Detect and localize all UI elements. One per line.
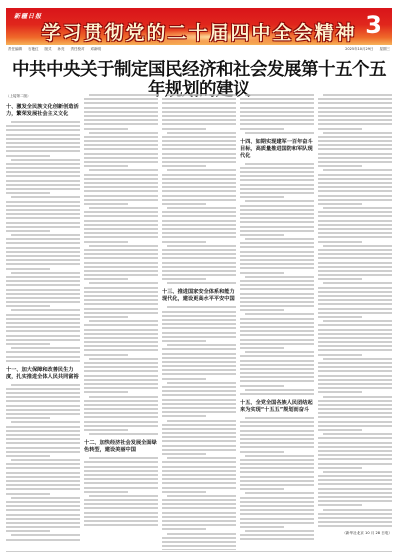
text-line xyxy=(84,461,158,463)
text-line xyxy=(240,451,284,453)
section-heading: 十三、推进国家安全体系和能力现代化，建设更高水平平安中国 xyxy=(162,289,236,303)
text-line xyxy=(240,538,314,540)
text-line xyxy=(240,459,314,461)
text-line xyxy=(318,295,392,297)
text-line xyxy=(240,360,314,362)
text-line xyxy=(162,537,236,539)
text-line xyxy=(240,217,314,219)
text-line xyxy=(240,364,314,366)
text-line xyxy=(84,466,158,468)
text-line xyxy=(318,513,392,515)
text-line xyxy=(6,222,80,224)
text-line xyxy=(6,505,80,507)
text-line xyxy=(240,534,314,536)
text-line xyxy=(318,504,362,506)
body-text xyxy=(162,306,236,550)
text-line xyxy=(240,242,314,244)
text-line xyxy=(167,344,236,346)
text-line xyxy=(318,416,392,418)
text-line xyxy=(84,474,158,476)
text-line xyxy=(318,467,362,469)
text-line xyxy=(84,333,158,335)
text-line xyxy=(318,203,362,205)
text-line xyxy=(84,165,128,167)
text-line xyxy=(84,295,158,297)
body-text xyxy=(318,94,392,527)
text-line xyxy=(6,301,80,303)
text-line xyxy=(240,102,314,104)
text-line xyxy=(84,316,128,318)
text-line xyxy=(162,369,236,371)
text-line xyxy=(84,215,158,217)
text-line xyxy=(318,312,392,314)
text-line xyxy=(240,501,314,503)
text-line xyxy=(240,309,284,311)
text-line xyxy=(6,242,80,244)
text-line xyxy=(245,530,314,532)
text-line xyxy=(240,430,314,432)
layout-name: 孙亮 xyxy=(58,47,65,52)
text-line xyxy=(6,509,80,511)
text-line xyxy=(323,396,392,398)
text-line xyxy=(84,354,128,356)
text-line xyxy=(318,102,392,104)
text-line xyxy=(84,362,158,364)
text-line xyxy=(318,195,392,197)
proofreader-label: 责任校对 xyxy=(71,47,85,52)
text-line xyxy=(162,378,206,380)
text-line xyxy=(162,340,206,342)
text-line xyxy=(84,186,158,188)
text-line xyxy=(162,165,206,167)
text-line xyxy=(167,382,236,384)
text-line xyxy=(318,228,392,230)
text-line xyxy=(6,155,50,157)
text-line xyxy=(84,174,158,176)
text-line xyxy=(162,228,236,230)
text-line xyxy=(323,433,392,435)
text-line xyxy=(240,330,314,332)
text-line xyxy=(6,360,80,362)
text-line xyxy=(84,329,158,331)
text-line xyxy=(240,209,314,211)
text-line xyxy=(318,161,392,163)
text-line xyxy=(240,442,314,444)
text-line xyxy=(167,306,236,308)
text-line xyxy=(240,368,314,370)
text-line xyxy=(6,405,80,407)
text-line xyxy=(240,380,314,382)
text-line xyxy=(318,144,392,146)
text-line xyxy=(318,379,392,381)
text-line xyxy=(318,278,362,280)
text-line xyxy=(323,320,392,322)
text-line xyxy=(84,429,128,431)
article-body: （上接第二版） 十、激发全民族文化创新创造活力，繁荣发展社会主义文化 十一、加大… xyxy=(6,94,392,550)
text-line xyxy=(318,140,392,142)
column-5: （新华社北京 10 月 28 日电） xyxy=(318,94,392,550)
text-line xyxy=(240,171,314,173)
text-line xyxy=(84,375,158,377)
weekday-text: 星期三 xyxy=(380,47,391,52)
text-line xyxy=(84,366,158,368)
text-line xyxy=(318,370,392,372)
text-line xyxy=(6,426,80,428)
text-line xyxy=(89,169,158,171)
text-line xyxy=(84,507,158,509)
text-line xyxy=(11,309,80,311)
text-line xyxy=(245,455,314,457)
text-line xyxy=(162,257,236,259)
text-line xyxy=(318,425,392,427)
text-line xyxy=(162,161,236,163)
text-line xyxy=(162,390,236,392)
text-line xyxy=(318,262,392,264)
text-line xyxy=(240,98,314,100)
text-line xyxy=(240,305,314,307)
text-line xyxy=(323,94,392,96)
text-line xyxy=(162,461,236,463)
text-line xyxy=(6,467,80,469)
text-line xyxy=(6,205,80,207)
text-line xyxy=(6,417,50,419)
text-line xyxy=(6,434,80,436)
text-line xyxy=(6,180,80,182)
text-line xyxy=(162,140,236,142)
text-line xyxy=(240,467,314,469)
text-line xyxy=(318,496,392,498)
text-line xyxy=(84,270,158,272)
text-line xyxy=(6,263,80,265)
text-line xyxy=(162,411,236,413)
text-line xyxy=(162,357,236,359)
text-line xyxy=(6,251,80,253)
body-text xyxy=(6,384,80,541)
text-line xyxy=(84,128,128,130)
text-line xyxy=(84,520,158,522)
text-line xyxy=(6,238,80,240)
text-line xyxy=(162,128,206,130)
text-line xyxy=(240,234,284,236)
text-line xyxy=(162,111,236,113)
text-line xyxy=(167,207,236,209)
text-line xyxy=(162,453,206,455)
text-line xyxy=(162,549,236,550)
text-line xyxy=(162,503,236,505)
text-line xyxy=(162,361,236,363)
text-line xyxy=(240,301,314,303)
text-line xyxy=(84,153,158,155)
body-text xyxy=(6,121,80,362)
masthead-banner: 新疆日报 学习贯彻党的二十届四中全会精神 3 xyxy=(6,8,392,45)
text-line xyxy=(162,478,236,480)
text-line xyxy=(318,174,392,176)
text-line xyxy=(162,278,206,280)
text-line xyxy=(240,263,314,265)
text-line xyxy=(240,123,314,125)
text-line xyxy=(6,255,80,257)
text-line xyxy=(6,451,80,453)
text-line xyxy=(6,284,80,286)
text-line xyxy=(318,421,392,423)
text-line xyxy=(162,274,236,276)
text-line xyxy=(240,513,314,515)
text-line xyxy=(84,324,158,326)
text-line xyxy=(240,318,314,320)
text-line xyxy=(89,495,158,497)
text-line xyxy=(318,337,392,339)
text-line xyxy=(11,421,80,423)
text-line xyxy=(318,333,392,335)
text-line xyxy=(84,337,158,339)
text-line xyxy=(245,389,314,391)
text-line xyxy=(245,492,314,494)
text-line xyxy=(6,339,80,341)
section-heading: 十五、全党全国各族人民团结起来为实现“十五五”规划而奋斗 xyxy=(240,400,314,414)
text-line xyxy=(245,94,314,96)
text-line xyxy=(162,353,236,355)
text-line xyxy=(162,270,236,272)
text-line xyxy=(318,211,392,213)
text-line xyxy=(84,491,128,493)
text-line xyxy=(84,262,158,264)
text-line xyxy=(6,201,80,203)
text-line xyxy=(84,161,158,163)
text-line xyxy=(240,339,314,341)
text-line xyxy=(162,241,206,243)
text-line xyxy=(323,358,392,360)
text-line xyxy=(84,312,158,314)
text-line xyxy=(167,245,236,247)
text-line xyxy=(84,178,158,180)
text-line xyxy=(318,412,392,414)
text-line xyxy=(11,121,80,123)
text-line xyxy=(240,175,314,177)
text-line xyxy=(84,482,158,484)
text-line xyxy=(6,209,80,211)
text-line xyxy=(84,499,158,501)
text-line xyxy=(318,492,392,494)
text-line xyxy=(162,236,236,238)
text-line xyxy=(245,351,314,353)
text-line xyxy=(240,372,314,374)
text-line xyxy=(6,226,80,228)
text-line xyxy=(318,303,392,305)
text-line xyxy=(240,355,314,357)
text-line xyxy=(240,213,314,215)
text-line xyxy=(84,107,158,109)
text-line xyxy=(6,493,50,495)
text-line xyxy=(162,373,236,375)
text-line xyxy=(162,144,236,146)
text-line xyxy=(84,211,158,213)
text-line xyxy=(84,157,158,159)
text-line xyxy=(240,293,314,295)
text-line xyxy=(318,345,392,347)
text-line xyxy=(162,520,236,522)
text-line xyxy=(6,476,80,478)
text-line xyxy=(318,266,392,268)
text-line xyxy=(11,272,80,274)
layout-label: 版式 xyxy=(45,47,52,52)
text-line xyxy=(240,497,314,499)
column-3: 十三、推进国家安全体系和能力现代化，建设更高水平平安中国 xyxy=(162,94,236,550)
text-line xyxy=(323,169,392,171)
text-line xyxy=(6,501,80,503)
text-line xyxy=(240,188,314,190)
text-line xyxy=(318,299,392,301)
text-line xyxy=(318,287,392,289)
text-line xyxy=(162,262,236,264)
text-line xyxy=(318,366,392,368)
text-line xyxy=(84,404,158,406)
text-line xyxy=(84,98,158,100)
section-heading: 十二、加快经济社会发展全面绿色转型，建设美丽中国 xyxy=(84,440,158,454)
text-line xyxy=(6,318,80,320)
text-line xyxy=(167,94,236,96)
text-line xyxy=(11,459,80,461)
text-line xyxy=(240,226,314,228)
text-line xyxy=(318,500,392,502)
text-line xyxy=(240,255,314,257)
body-text xyxy=(240,417,314,540)
text-line xyxy=(162,336,236,338)
text-line xyxy=(89,358,158,360)
text-line xyxy=(318,274,392,276)
text-line xyxy=(240,246,314,248)
text-line xyxy=(318,446,392,448)
text-line xyxy=(240,463,314,465)
text-line xyxy=(318,148,392,150)
text-line xyxy=(318,220,392,222)
text-line xyxy=(240,446,314,448)
text-line xyxy=(84,425,158,427)
text-line xyxy=(318,437,392,439)
text-line xyxy=(318,324,392,326)
text-line xyxy=(162,311,236,313)
text-line xyxy=(84,516,158,518)
text-line xyxy=(6,514,80,516)
text-line xyxy=(318,257,392,259)
text-line xyxy=(318,404,392,406)
text-line xyxy=(318,182,392,184)
text-line xyxy=(84,220,158,222)
text-line xyxy=(318,429,362,431)
text-line xyxy=(6,480,80,482)
section-heading: 十、激发全民族文化创新创造活力，繁荣发展社会主义文化 xyxy=(6,104,80,118)
text-line xyxy=(162,470,236,472)
text-line xyxy=(6,142,80,144)
text-line xyxy=(6,163,80,165)
text-line xyxy=(84,144,158,146)
text-line xyxy=(318,454,392,456)
text-line xyxy=(245,313,314,315)
text-line xyxy=(240,251,314,253)
text-line xyxy=(162,449,236,451)
article-signoff: （新华社北京 10 月 28 日电） xyxy=(318,531,392,536)
text-line xyxy=(318,525,392,527)
text-line xyxy=(6,409,80,411)
text-line xyxy=(162,232,236,234)
text-line xyxy=(84,416,158,418)
text-line xyxy=(318,488,392,490)
text-line xyxy=(84,136,158,138)
text-line xyxy=(162,386,236,388)
text-line xyxy=(240,259,314,261)
text-line xyxy=(318,479,392,481)
text-line xyxy=(162,415,206,417)
text-line xyxy=(162,512,236,514)
text-line xyxy=(6,356,80,358)
text-line xyxy=(89,132,158,134)
text-line xyxy=(167,457,236,459)
text-line xyxy=(240,111,314,113)
text-line xyxy=(6,247,80,249)
text-line xyxy=(162,148,236,150)
text-line xyxy=(245,200,314,202)
text-line xyxy=(318,291,392,293)
body-text xyxy=(84,457,158,526)
text-line xyxy=(6,484,80,486)
text-line xyxy=(318,521,392,523)
text-line xyxy=(89,245,158,247)
text-line xyxy=(89,94,158,96)
text-line xyxy=(323,132,392,134)
text-line xyxy=(89,282,158,284)
text-line xyxy=(162,524,236,526)
text-line xyxy=(162,516,236,518)
text-line xyxy=(89,396,158,398)
text-line xyxy=(84,421,158,423)
text-line xyxy=(6,213,80,215)
column-2: 十二、加快经济社会发展全面绿色转型，建设美丽中国 xyxy=(84,94,158,550)
text-line xyxy=(6,488,80,490)
text-line xyxy=(84,303,158,305)
text-line xyxy=(6,188,80,190)
text-line xyxy=(89,320,158,322)
text-line xyxy=(318,153,392,155)
text-line xyxy=(162,98,236,100)
text-line xyxy=(318,316,362,318)
text-line xyxy=(162,182,236,184)
text-line xyxy=(318,329,392,331)
text-line xyxy=(240,393,314,395)
text-line xyxy=(323,207,392,209)
text-line xyxy=(162,119,236,121)
text-line xyxy=(84,266,158,268)
text-line xyxy=(11,497,80,499)
text-line xyxy=(6,388,80,390)
text-line xyxy=(84,470,158,472)
text-line xyxy=(6,335,80,337)
text-line xyxy=(245,132,314,134)
text-line xyxy=(11,384,80,386)
text-line xyxy=(11,196,80,198)
text-line xyxy=(318,232,392,234)
text-line xyxy=(162,211,236,213)
editor-credits: 责任编辑 石艳红 版式 孙亮 责任校对 邓新明 xyxy=(8,47,101,52)
text-line xyxy=(6,192,50,194)
text-line xyxy=(240,480,314,482)
editor-meta-row: 责任编辑 石艳红 版式 孙亮 责任校对 邓新明 2025年10月29日 星期三 xyxy=(6,46,392,54)
text-line xyxy=(240,518,314,520)
text-line xyxy=(318,450,392,452)
text-line xyxy=(6,396,80,398)
text-line xyxy=(11,234,80,236)
text-line xyxy=(6,326,80,328)
text-line xyxy=(84,512,158,514)
text-line xyxy=(162,123,236,125)
